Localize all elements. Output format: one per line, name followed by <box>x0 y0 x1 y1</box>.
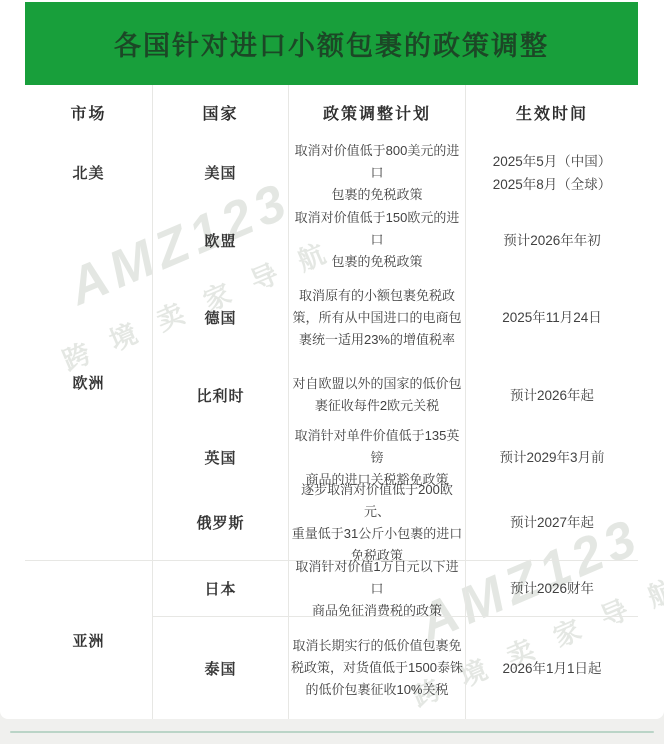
time-cell: 2026年1月1日起 <box>465 616 638 719</box>
column-header-country: 国家 <box>152 85 288 140</box>
time-cell: 预计2027年起 <box>465 485 638 560</box>
time-cell: 预计2026年起 <box>465 360 638 430</box>
policy-cell: 取消对价值低于800美元的进口 包裹的免税政策 <box>288 140 465 205</box>
page: AMZ123 跨境卖家导航 AMZ123 跨境卖家导航 各国针对进口小额包裹的政… <box>0 0 664 744</box>
time-cell: 预计2026财年 <box>465 560 638 616</box>
policy-cell: 取消对价值低于150欧元的进口 包裹的免税政策 <box>288 205 465 275</box>
policy-cell: 取消原有的小额包裹免税政 策，所有从中国进口的电商包 裹统一适用23%的增值税率 <box>288 275 465 360</box>
policy-table-card: AMZ123 跨境卖家导航 AMZ123 跨境卖家导航 各国针对进口小额包裹的政… <box>0 0 664 719</box>
market-cell-asia: 亚洲 <box>25 560 152 719</box>
time-cell: 2025年5月（中国） 2025年8月（全球） <box>465 140 638 205</box>
country-cell: 德国 <box>152 275 288 360</box>
policy-cell: 取消针对单件价值低于135英镑 商品的进口关税豁免政策 <box>288 430 465 485</box>
market-cell-europe: 欧洲 <box>25 205 152 560</box>
market-cell-north-america: 北美 <box>25 140 152 205</box>
time-cell: 2025年11月24日 <box>465 275 638 360</box>
bottom-accent-line <box>10 731 654 733</box>
country-cell: 英国 <box>152 430 288 485</box>
policy-cell: 取消长期实行的低价值包裹免 税政策，对货值低于1500泰铢 的低价包裹征收10%… <box>288 616 465 719</box>
table-title-banner: 各国针对进口小额包裹的政策调整 <box>25 2 638 85</box>
policy-cell: 对自欧盟以外的国家的低价包 裹征收每件2欧元关税 <box>288 360 465 430</box>
table-title: 各国针对进口小额包裹的政策调整 <box>114 24 549 63</box>
country-cell: 美国 <box>152 140 288 205</box>
country-cell: 俄罗斯 <box>152 485 288 560</box>
policy-table: 市场 国家 政策调整计划 生效时间 北美 欧洲 亚洲 美国 取消对价值低于800… <box>25 85 638 719</box>
country-cell: 欧盟 <box>152 205 288 275</box>
country-cell: 比利时 <box>152 360 288 430</box>
column-header-policy: 政策调整计划 <box>288 85 465 140</box>
column-header-time: 生效时间 <box>465 85 638 140</box>
country-cell: 日本 <box>152 560 288 616</box>
policy-cell: 逐步取消对价值低于200欧元、 重量低于31公斤小包裹的进口 免税政策 <box>288 485 465 560</box>
country-cell: 泰国 <box>152 616 288 719</box>
policy-cell: 取消针对价值1万日元以下进口 商品免征消费税的政策 <box>288 560 465 616</box>
time-cell: 预计2029年3月前 <box>465 430 638 485</box>
column-header-market: 市场 <box>25 85 152 140</box>
time-cell: 预计2026年年初 <box>465 205 638 275</box>
